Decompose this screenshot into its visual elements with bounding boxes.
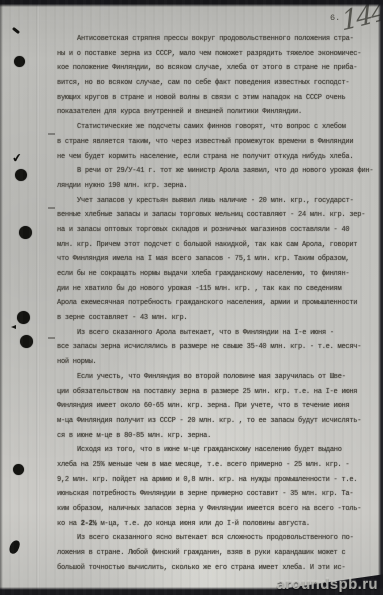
text-line: ции обязательством на поставку зерна в р… [57, 385, 375, 400]
text-line: Исходя из того, что в июне м-це гражданс… [57, 443, 375, 458]
text-line: ной нормы. [57, 355, 375, 370]
pencil-dash-mark [48, 207, 55, 209]
text-line: что Финляндия имела на I мая всего запас… [57, 252, 375, 267]
text-line: Учет запасов у крестьян выявил лишь нали… [57, 194, 375, 209]
text-line: Из всего сказанного Арола вытекает, что … [57, 326, 375, 341]
text-line: ны и о поставке зерна из СССР, мало чем … [57, 47, 375, 62]
text-line: ким образом, наличных запасов зерна у Фи… [57, 502, 375, 517]
text-line: не чем будет кормить население, если стр… [57, 150, 375, 165]
text-line: вится, но во всяком случае, сам по себе … [57, 76, 375, 91]
pencil-tick-mark [12, 27, 20, 34]
paragraph: Из всего сказанного ясно вытекает вся сл… [57, 531, 375, 575]
checkmark-mark: ✔ [11, 151, 23, 164]
document-text: Антисоветская стряпня прессы вокруг прод… [57, 32, 375, 575]
scan-edge-right [378, 0, 383, 595]
text-line: м-ца Финляндия получит из СССР - 20 млн.… [57, 414, 375, 429]
pencil-dash-mark [48, 133, 55, 135]
text-line: В речи от 29/У-41 г. тот же министр Арол… [57, 164, 375, 179]
text-line: 9,2 млн. кгр. пойдет на армию и 0,8 млн.… [57, 473, 375, 488]
paragraph: Статистические же подсчеты самих финнов … [57, 120, 375, 164]
text-line: показателен для курса внутренней и внешн… [57, 105, 375, 120]
text-line: в стране является таким, что через извес… [57, 135, 375, 150]
text-line: все запасы зерна исчислялись в размере н… [57, 340, 375, 355]
text-line: июньская потребность Финляндии в зерне п… [57, 487, 375, 502]
text-line: на и запасы оптовых торговых складов и р… [57, 223, 375, 238]
paragraph: Антисоветская стряпня прессы вокруг прод… [57, 32, 375, 120]
scanned-page: 6. 144 Антисоветская стряпня прессы вокр… [0, 0, 383, 595]
text-line: в зерне составляет - 43 млн. кгр. [57, 311, 375, 326]
ink-blob-mark [8, 539, 21, 555]
text-line: кое положение Финляндии, во всяком случа… [57, 61, 375, 76]
text-line: хлеба на 25% меньше чем в мае месяце, т.… [57, 458, 375, 473]
page-number: 6. [330, 13, 340, 23]
ink-dot-mark [17, 311, 30, 324]
text-line: ложения в стране. Любой финский граждани… [57, 546, 375, 561]
text-line: дии не хватило бы до нового урожая -115 … [57, 282, 375, 297]
ink-dot-mark [14, 56, 25, 67]
text-line: венные хлебные запасы и запасы торговых … [57, 208, 375, 223]
watermark: aroundspb.ru [277, 576, 378, 593]
ink-dot-mark [13, 464, 24, 475]
text-line: ляндии нужно 190 млн. кгр. зерна. [57, 179, 375, 194]
text-line: Статистические же подсчеты самих финнов … [57, 120, 375, 135]
text-line: Если учесть, что Финляндия во второй пол… [57, 370, 375, 385]
text-line: Финляндия имеет около 60-65 млн. кгр. зе… [57, 399, 375, 414]
paper-crease [36, 0, 40, 595]
scan-edge-top [0, 0, 383, 7]
text-line: вующих кругов в стране и новой волны в с… [57, 91, 375, 106]
scan-edge-left [0, 0, 3, 595]
ink-dot-mark [19, 226, 32, 239]
paragraph: В речи от 29/У-41 г. тот же министр Арол… [57, 164, 375, 193]
paragraph: Из всего сказанного Арола вытекает, что … [57, 326, 375, 370]
paragraph: Если учесть, что Финляндия во второй пол… [57, 370, 375, 443]
arrow-mark [11, 325, 16, 329]
text-line: млн. кгр. Причем этот подсчет с большой … [57, 238, 375, 253]
text-line: Из всего сказанного ясно вытекает вся сл… [57, 531, 375, 546]
paragraph: Учет запасов у крестьян выявил лишь нали… [57, 194, 375, 326]
text-line: Антисоветская стряпня прессы вокруг прод… [57, 32, 375, 47]
ink-dot-mark [20, 335, 33, 348]
text-line: большой точностью вычислить, сколько же … [57, 561, 375, 576]
ink-dot-mark [15, 169, 27, 181]
text-line: ко на 2-2½ м-ца, т.е. до конца июня или … [57, 517, 375, 532]
text-line: Арола ежемесячная потребность гражданско… [57, 296, 375, 311]
paragraph: Исходя из того, что в июне м-це гражданс… [57, 443, 375, 531]
text-line: если бы не сокращать нормы выдачи хлеба … [57, 267, 375, 282]
pencil-dash-mark [48, 337, 55, 339]
text-line: ся в июне м-це в 80-85 млн. кгр. зерна. [57, 429, 375, 444]
